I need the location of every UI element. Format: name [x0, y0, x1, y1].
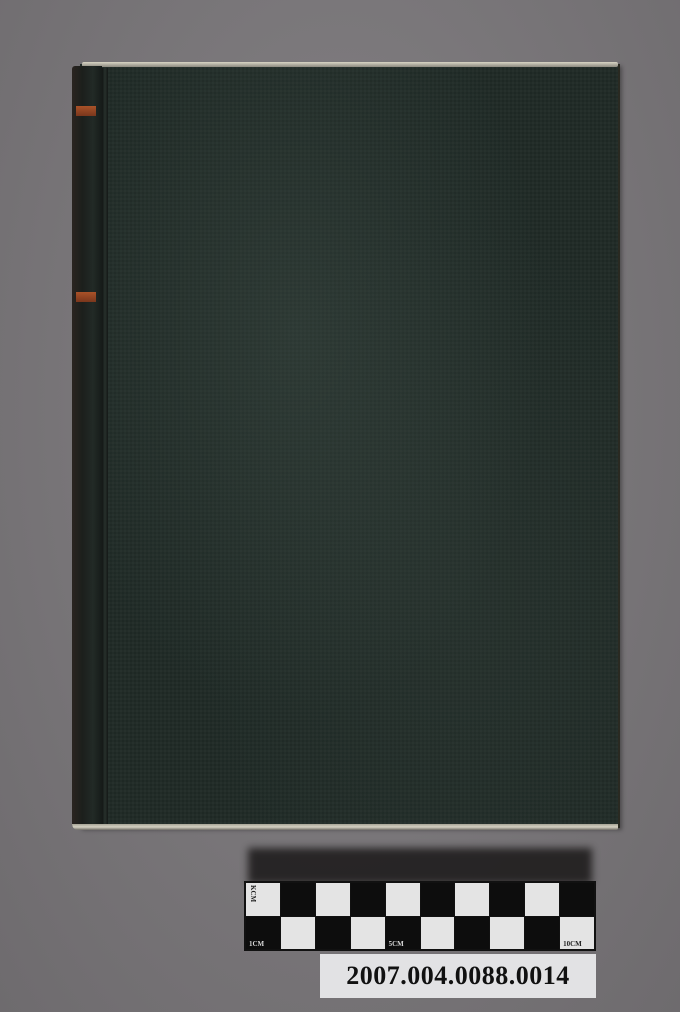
scale-square [490, 917, 524, 950]
scale-square [455, 917, 489, 950]
scale-label-10cm: 10CM [563, 940, 582, 948]
scale-shadow [248, 848, 592, 884]
scale-square [525, 883, 559, 916]
book-cover [80, 64, 620, 828]
scale-label-5cm: 5CM [389, 940, 404, 948]
scale-square [560, 883, 594, 916]
scale-square: 5CM [386, 917, 420, 950]
scale-label-1cm: 1CM [249, 940, 264, 948]
spine-band-top [76, 106, 96, 116]
catalog-number-label: 2007.004.0088.0014 [320, 954, 596, 998]
scale-square [455, 883, 489, 916]
scale-square [316, 883, 350, 916]
scale-square [490, 883, 524, 916]
scale-square [421, 883, 455, 916]
page-edge-top [82, 62, 618, 67]
scale-square [525, 917, 559, 950]
spine-hinge [102, 68, 108, 826]
scale-bar: KCM 1CM 5CM 10CM [244, 881, 596, 951]
scale-square [351, 917, 385, 950]
scale-square [386, 883, 420, 916]
book [72, 64, 618, 832]
scale-square: 10CM [560, 917, 594, 950]
scale-square [281, 883, 315, 916]
scale-square [281, 917, 315, 950]
scale-square: KCM [246, 883, 280, 916]
scale-square [316, 917, 350, 950]
book-spine [72, 66, 102, 828]
scale-square [421, 917, 455, 950]
scale-square: 1CM [246, 917, 280, 950]
scale-square [351, 883, 385, 916]
scale-label-vertical: KCM [249, 885, 257, 902]
page-edge-bottom [72, 824, 618, 830]
spine-band-lower [76, 292, 96, 302]
